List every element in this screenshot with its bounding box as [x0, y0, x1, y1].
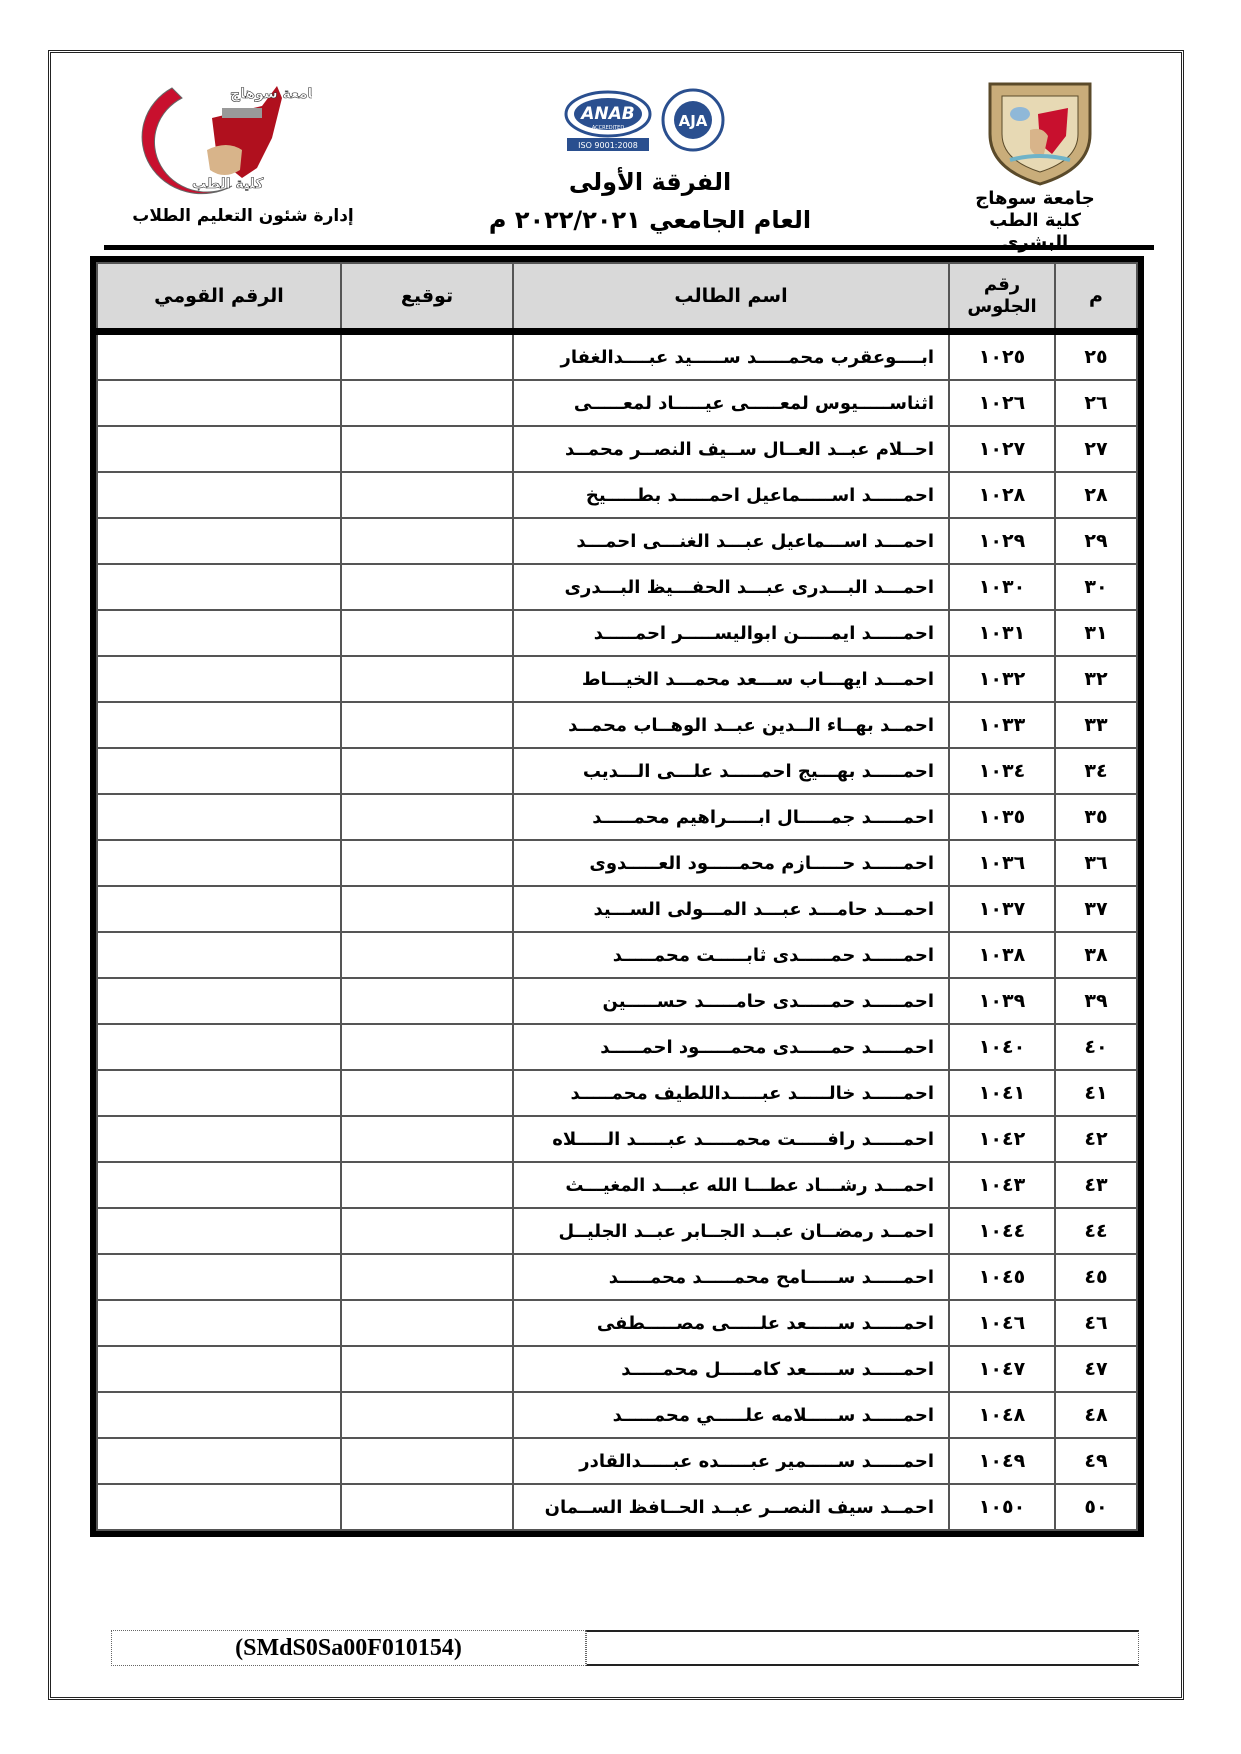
iso-text: ISO 9001:2008	[578, 141, 638, 150]
row-student-name: احمـــد ايهـــاب ســـعد محمـــد الخيـــا…	[513, 656, 949, 702]
table-row: ٤٥١٠٤٥احمـــــد ســـــامح محمـــــد محمـ…	[97, 1254, 1137, 1300]
table-row: ٤٢١٠٤٢احمـــــد رافـــــت محمـــــد عبــ…	[97, 1116, 1137, 1162]
row-index: ٣٢	[1055, 656, 1137, 702]
row-seat-number: ١٠٣٦	[949, 840, 1055, 886]
row-signature-cell[interactable]	[341, 886, 513, 932]
row-index: ٤٢	[1055, 1116, 1137, 1162]
row-index: ٤٣	[1055, 1162, 1137, 1208]
table-row: ٤١١٠٤١احمـــــد خالـــــد عبـــــداللطيف…	[97, 1070, 1137, 1116]
row-national-id-cell[interactable]	[97, 1070, 341, 1116]
table-row: ٤٩١٠٤٩احمـــــد ســـــمير عبـــــده عبــ…	[97, 1438, 1137, 1484]
row-student-name: احمـــــد اســـــماعيل احمـــــد بطـــــ…	[513, 472, 949, 518]
row-signature-cell[interactable]	[341, 748, 513, 794]
table-row: ٢٦١٠٢٦اثناســـــيوس لمعـــــى عيـــــاد …	[97, 380, 1137, 426]
row-signature-cell[interactable]	[341, 1024, 513, 1070]
row-seat-number: ١٠٣٨	[949, 932, 1055, 978]
table-row: ٤٧١٠٤٧احمـــــد ســـــعد كامـــــل محمــ…	[97, 1346, 1137, 1392]
row-national-id-cell[interactable]	[97, 1346, 341, 1392]
row-signature-cell[interactable]	[341, 564, 513, 610]
row-national-id-cell[interactable]	[97, 472, 341, 518]
table-row: ٣٢١٠٣٢احمـــد ايهـــاب ســـعد محمـــد ال…	[97, 656, 1137, 702]
row-student-name: احمـــــد ســـــمير عبـــــده عبـــــدال…	[513, 1438, 949, 1484]
row-national-id-cell[interactable]	[97, 380, 341, 426]
row-seat-number: ١٠٤٦	[949, 1300, 1055, 1346]
row-student-name: احمــد بهــاء الــدين عبــد الوهــاب محم…	[513, 702, 949, 748]
row-signature-cell[interactable]	[341, 1208, 513, 1254]
row-national-id-cell[interactable]	[97, 656, 341, 702]
row-national-id-cell[interactable]	[97, 610, 341, 656]
student-table: م رقم الجلوس اسم الطالب توقيع الرقم القو…	[90, 256, 1144, 1537]
row-signature-cell[interactable]	[341, 1484, 513, 1530]
row-signature-cell[interactable]	[341, 610, 513, 656]
row-national-id-cell[interactable]	[97, 564, 341, 610]
row-index: ٣٥	[1055, 794, 1137, 840]
row-seat-number: ١٠٢٩	[949, 518, 1055, 564]
row-signature-cell[interactable]	[341, 932, 513, 978]
row-signature-cell[interactable]	[341, 794, 513, 840]
table-row: ٣٤١٠٣٤احمـــــد بهـــيج احمـــــد علـــى…	[97, 748, 1137, 794]
aja-text: AJA	[679, 112, 708, 130]
table-row: ٢٨١٠٢٨احمـــــد اســـــماعيل احمـــــد ب…	[97, 472, 1137, 518]
row-seat-number: ١٠٤٧	[949, 1346, 1055, 1392]
row-national-id-cell[interactable]	[97, 1484, 341, 1530]
row-national-id-cell[interactable]	[97, 1024, 341, 1070]
row-student-name: احمـــــد خالـــــد عبـــــداللطيف محمــ…	[513, 1070, 949, 1116]
table-row: ٤٣١٠٤٣احمـــد رشـــاد عطـــا الله عبـــد…	[97, 1162, 1137, 1208]
row-seat-number: ١٠٣٠	[949, 564, 1055, 610]
row-signature-cell[interactable]	[341, 840, 513, 886]
row-national-id-cell[interactable]	[97, 332, 341, 381]
row-national-id-cell[interactable]	[97, 426, 341, 472]
row-national-id-cell[interactable]	[97, 1162, 341, 1208]
row-student-name: احمـــــد ســـــعد كامـــــل محمـــــد	[513, 1346, 949, 1392]
row-national-id-cell[interactable]	[97, 702, 341, 748]
row-seat-number: ١٠٣٢	[949, 656, 1055, 702]
row-student-name: احمـــــد ســـــلامه علـــــي محمـــــد	[513, 1392, 949, 1438]
faculty-logo: جامعة سوهاج كلية الطب	[112, 78, 312, 198]
level-title: الفرقة الأولى	[460, 168, 840, 196]
row-index: ٤١	[1055, 1070, 1137, 1116]
university-label: جامعة سوهاج	[960, 188, 1110, 210]
row-index: ٣٨	[1055, 932, 1137, 978]
row-index: ٢٥	[1055, 332, 1137, 381]
row-seat-number: ١٠٣٩	[949, 978, 1055, 1024]
row-seat-number: ١٠٤٤	[949, 1208, 1055, 1254]
header-seat-number: رقم الجلوس	[949, 263, 1055, 332]
row-signature-cell[interactable]	[341, 656, 513, 702]
footer-blank-box	[586, 1630, 1139, 1666]
table-row: ٢٥١٠٢٥ابــــوعقرب محمـــــد ســـــيد عبـ…	[97, 332, 1137, 381]
row-seat-number: ١٠٣١	[949, 610, 1055, 656]
row-seat-number: ١٠٤٥	[949, 1254, 1055, 1300]
row-index: ٢٧	[1055, 426, 1137, 472]
row-seat-number: ١٠٥٠	[949, 1484, 1055, 1530]
row-signature-cell[interactable]	[341, 472, 513, 518]
accreditation-logos: ANAB ACCREDITED ISO 9001:2008 AJA	[563, 88, 763, 154]
table-row: ٣٣١٠٣٣احمــد بهــاء الــدين عبــد الوهــ…	[97, 702, 1137, 748]
row-index: ٣٩	[1055, 978, 1137, 1024]
row-signature-cell[interactable]	[341, 332, 513, 381]
row-index: ٣٣	[1055, 702, 1137, 748]
academic-year: العام الجامعي ٢٠٢٢/٢٠٢١ م	[450, 206, 850, 234]
row-student-name: ابــــوعقرب محمـــــد ســـــيد عبــــدال…	[513, 332, 949, 381]
row-student-name: احمـــد البـــدرى عبـــد الحفـــيظ البــ…	[513, 564, 949, 610]
row-signature-cell[interactable]	[341, 518, 513, 564]
row-signature-cell[interactable]	[341, 1116, 513, 1162]
row-signature-cell[interactable]	[341, 1254, 513, 1300]
row-seat-number: ١٠٢٦	[949, 380, 1055, 426]
header-student-name: اسم الطالب	[513, 263, 949, 332]
logo-text-bottom: كلية الطب	[192, 176, 264, 192]
row-seat-number: ١٠٤٠	[949, 1024, 1055, 1070]
row-national-id-cell[interactable]	[97, 886, 341, 932]
row-student-name: احمـــــد جمـــــال ابـــــراهيم محمــــ…	[513, 794, 949, 840]
row-index: ٤٧	[1055, 1346, 1137, 1392]
row-signature-cell[interactable]	[341, 426, 513, 472]
header-index: م	[1055, 263, 1137, 332]
row-student-name: احمـــــد حـــــازم محمـــــود العـــــد…	[513, 840, 949, 886]
row-student-name: احــلام عبــد العــال ســيف النصــر محمـ…	[513, 426, 949, 472]
row-index: ٣٦	[1055, 840, 1137, 886]
university-seal	[980, 74, 1100, 186]
row-seat-number: ١٠٤٩	[949, 1438, 1055, 1484]
row-seat-number: ١٠٤١	[949, 1070, 1055, 1116]
form-code: (SMdS0Sa00F010154)	[111, 1630, 586, 1666]
row-signature-cell[interactable]	[341, 1346, 513, 1392]
table-row: ٣٥١٠٣٥احمـــــد جمـــــال ابـــــراهيم م…	[97, 794, 1137, 840]
table-row: ٣٩١٠٣٩احمـــــد حمـــــدى حامـــــد حســ…	[97, 978, 1137, 1024]
row-seat-number: ١٠٢٨	[949, 472, 1055, 518]
row-signature-cell[interactable]	[341, 1392, 513, 1438]
row-student-name: احمـــد اســـماعيل عبـــد الغنـــى احمــ…	[513, 518, 949, 564]
row-seat-number: ١٠٤٨	[949, 1392, 1055, 1438]
row-seat-number: ١٠٣٥	[949, 794, 1055, 840]
row-student-name: اثناســـــيوس لمعـــــى عيـــــاد لمعـــ…	[513, 380, 949, 426]
row-index: ٢٩	[1055, 518, 1137, 564]
row-signature-cell[interactable]	[341, 1438, 513, 1484]
row-signature-cell[interactable]	[341, 978, 513, 1024]
table-row: ٤٠١٠٤٠احمـــــد حمـــــدى محمـــــود احم…	[97, 1024, 1137, 1070]
row-seat-number: ١٠٣٧	[949, 886, 1055, 932]
row-index: ٣٤	[1055, 748, 1137, 794]
table-row: ٤٨١٠٤٨احمـــــد ســـــلامه علـــــي محمـ…	[97, 1392, 1137, 1438]
table-header-row: م رقم الجلوس اسم الطالب توقيع الرقم القو…	[97, 263, 1137, 332]
table-row: ٤٤١٠٤٤احمــد رمضــان عبــد الجــابر عبــ…	[97, 1208, 1137, 1254]
svg-text:ACCREDITED: ACCREDITED	[592, 125, 624, 131]
row-student-name: احمـــــد ايمـــــن ابواليســـــر احمـــ…	[513, 610, 949, 656]
table-row: ٢٧١٠٢٧احــلام عبــد العــال ســيف النصــ…	[97, 426, 1137, 472]
row-student-name: احمـــــد حمـــــدى حامـــــد حســـــين	[513, 978, 949, 1024]
header-divider	[104, 245, 1154, 250]
row-index: ٣٠	[1055, 564, 1137, 610]
row-national-id-cell[interactable]	[97, 1254, 341, 1300]
row-signature-cell[interactable]	[341, 702, 513, 748]
row-national-id-cell[interactable]	[97, 840, 341, 886]
row-student-name: احمـــــد ســـــامح محمـــــد محمـــــد	[513, 1254, 949, 1300]
table-row: ٣١١٠٣١احمـــــد ايمـــــن ابواليســـــر …	[97, 610, 1137, 656]
table-row: ٣٠١٠٣٠احمـــد البـــدرى عبـــد الحفـــيظ…	[97, 564, 1137, 610]
header-national-id: الرقم القومي	[97, 263, 341, 332]
row-index: ٤٨	[1055, 1392, 1137, 1438]
row-student-name: احمــد رمضــان عبــد الجــابر عبــد الجل…	[513, 1208, 949, 1254]
row-national-id-cell[interactable]	[97, 978, 341, 1024]
row-signature-cell[interactable]	[341, 1070, 513, 1116]
table-row: ٣٧١٠٣٧احمـــد حامـــد عبـــد المـــولى ا…	[97, 886, 1137, 932]
row-seat-number: ١٠٣٤	[949, 748, 1055, 794]
row-student-name: احمـــد حامـــد عبـــد المـــولى الســـي…	[513, 886, 949, 932]
table-row: ٤٦١٠٤٦احمـــــد ســـــعد علـــــى مصــــ…	[97, 1300, 1137, 1346]
table-row: ٣٦١٠٣٦احمـــــد حـــــازم محمـــــود الع…	[97, 840, 1137, 886]
row-national-id-cell[interactable]	[97, 748, 341, 794]
row-seat-number: ١٠٢٥	[949, 332, 1055, 381]
row-signature-cell[interactable]	[341, 1300, 513, 1346]
row-signature-cell[interactable]	[341, 1162, 513, 1208]
row-national-id-cell[interactable]	[97, 1438, 341, 1484]
table-row: ٢٩١٠٢٩احمـــد اســـماعيل عبـــد الغنـــى…	[97, 518, 1137, 564]
row-national-id-cell[interactable]	[97, 932, 341, 978]
row-index: ٣٧	[1055, 886, 1137, 932]
table-row: ٥٠١٠٥٠احمــد سيف النصــر عبــد الحــافظ …	[97, 1484, 1137, 1530]
row-student-name: احمـــــد بهـــيج احمـــــد علـــى الـــ…	[513, 748, 949, 794]
table-row: ٣٨١٠٣٨احمـــــد حمـــــدى ثابـــــت محمـ…	[97, 932, 1137, 978]
row-seat-number: ١٠٤٢	[949, 1116, 1055, 1162]
row-student-name: احمـــد رشـــاد عطـــا الله عبـــد المغي…	[513, 1162, 949, 1208]
anab-text: ANAB	[579, 104, 635, 124]
row-seat-number: ١٠٢٧	[949, 426, 1055, 472]
row-index: ٥٠	[1055, 1484, 1137, 1530]
row-seat-number: ١٠٣٣	[949, 702, 1055, 748]
row-index: ٤٩	[1055, 1438, 1137, 1484]
row-student-name: احمـــــد رافـــــت محمـــــد عبـــــد ا…	[513, 1116, 949, 1162]
department-label: إدارة شئون التعليم الطلاب	[128, 206, 358, 226]
header-signature: توقيع	[341, 263, 513, 332]
row-index: ٢٨	[1055, 472, 1137, 518]
row-index: ٤٥	[1055, 1254, 1137, 1300]
row-student-name: احمـــــد حمـــــدى ثابـــــت محمـــــد	[513, 932, 949, 978]
logo-text-top: جامعة سوهاج	[230, 86, 312, 102]
row-signature-cell[interactable]	[341, 380, 513, 426]
row-index: ٣١	[1055, 610, 1137, 656]
row-index: ٢٦	[1055, 380, 1137, 426]
row-national-id-cell[interactable]	[97, 1208, 341, 1254]
row-national-id-cell[interactable]	[97, 1116, 341, 1162]
row-national-id-cell[interactable]	[97, 1300, 341, 1346]
row-index: ٤٠	[1055, 1024, 1137, 1070]
row-index: ٤٦	[1055, 1300, 1137, 1346]
row-index: ٤٤	[1055, 1208, 1137, 1254]
row-student-name: احمـــــد ســـــعد علـــــى مصـــــطفى	[513, 1300, 949, 1346]
row-seat-number: ١٠٤٣	[949, 1162, 1055, 1208]
row-national-id-cell[interactable]	[97, 1392, 341, 1438]
row-national-id-cell[interactable]	[97, 518, 341, 564]
row-national-id-cell[interactable]	[97, 794, 341, 840]
row-student-name: احمــد سيف النصــر عبــد الحــافظ الســم…	[513, 1484, 949, 1530]
row-student-name: احمـــــد حمـــــدى محمـــــود احمـــــد	[513, 1024, 949, 1070]
